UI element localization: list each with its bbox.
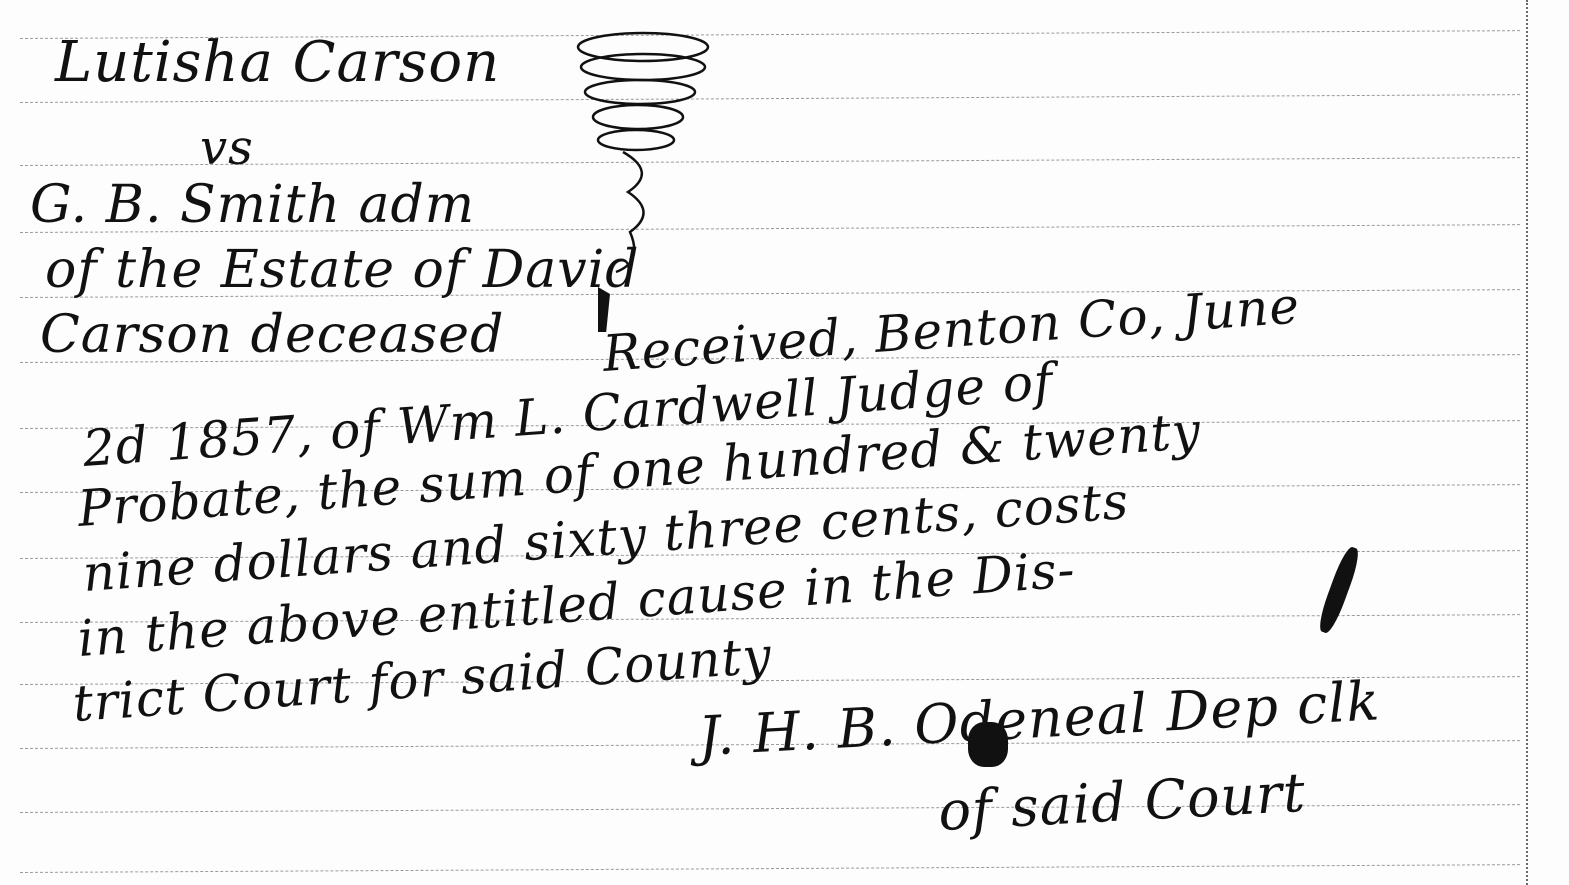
signature-name: J. H. B. Odeneal Dep clk bbox=[697, 669, 1382, 768]
right-margin-line bbox=[1526, 0, 1528, 885]
bracket-flourish-icon bbox=[568, 22, 718, 332]
ink-blot bbox=[1315, 545, 1363, 636]
ruled-line bbox=[20, 864, 1520, 873]
caption-defendant: G. B. Smith adm bbox=[30, 175, 475, 235]
caption-versus: vs bbox=[200, 120, 254, 176]
ruled-line bbox=[20, 94, 1520, 103]
caption-estate-line: of the Estate of David bbox=[45, 240, 640, 300]
caption-plaintiff: Lutisha Carson bbox=[55, 30, 500, 95]
document-page: Lutisha Carson vs G. B. Smith adm of the… bbox=[0, 0, 1569, 885]
signature-title: of said Court bbox=[937, 761, 1307, 843]
caption-deceased-line: Carson deceased bbox=[40, 305, 504, 365]
